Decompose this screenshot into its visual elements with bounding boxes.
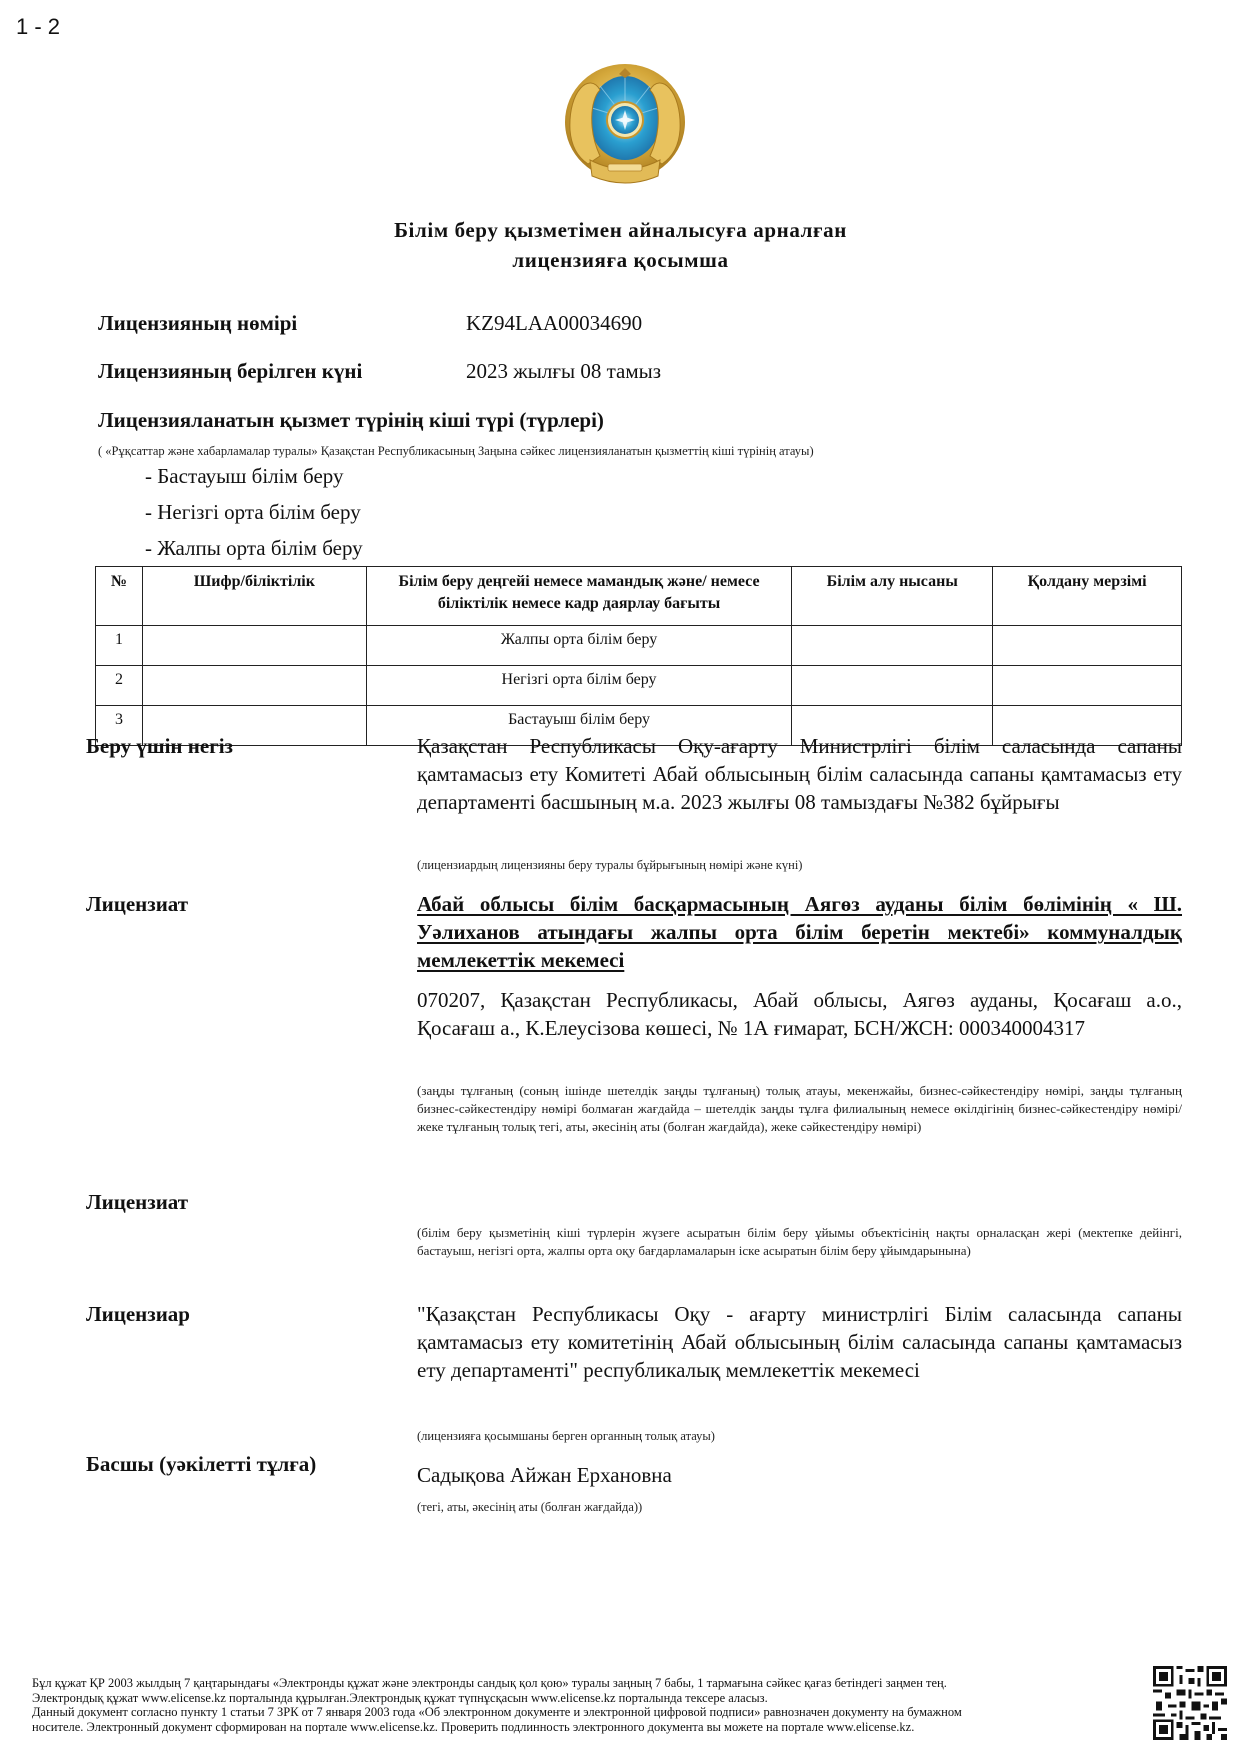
document-title-line-1: Білім беру қызметімен айналысуға арналға… (0, 218, 1241, 243)
column-header-validity: Қолдану мерзімі (993, 567, 1182, 626)
column-header-form: Білім алу нысаны (792, 567, 993, 626)
cell-form (792, 626, 993, 666)
qr-code-icon[interactable] (1153, 1665, 1227, 1741)
license-date-label: Лицензияның берілген күні (98, 359, 362, 384)
subtype-item: - Жалпы орта білім беру (145, 536, 363, 561)
licensee-location-label: Лицензиат (86, 1190, 188, 1215)
license-number-value: KZ94LAA00034690 (466, 311, 642, 336)
licensee-note: (заңды тұлғаның (соның ішінде шетелдік з… (417, 1082, 1182, 1136)
cell-form (792, 666, 993, 706)
table-row: 1 Жалпы орта білім беру (96, 626, 1182, 666)
licensee-name: Абай облысы білім басқармасының Аягөз ау… (417, 890, 1182, 974)
basis-note: (лицензиардың лицензияны беру туралы бұй… (417, 858, 802, 873)
head-label: Басшы (уәкілетті тұлға) (86, 1452, 316, 1477)
table-row: 2 Негізгі орта білім беру (96, 666, 1182, 706)
footer-line: носителе. Электронный документ сформиров… (32, 1720, 1132, 1735)
subtypes-label: Лицензияланатын қызмет түрінің кіші түрі… (98, 408, 604, 433)
basis-value: Қазақстан Республикасы Оқу-ағарту Минист… (417, 732, 1182, 816)
cell-level: Жалпы орта білім беру (366, 626, 792, 666)
page-marker: 1 - 2 (16, 14, 60, 40)
head-note: (тегі, аты, әкесінің аты (болған жағдайд… (417, 1500, 642, 1515)
licensee-label: Лицензиат (86, 892, 188, 917)
subtypes-note: ( «Рұқсаттар және хабарламалар туралы» Қ… (98, 444, 814, 459)
licensor-value: "Қазақстан Республикасы Оқу - ағарту мин… (417, 1300, 1182, 1384)
footer-line: Данный документ согласно пункту 1 статьи… (32, 1705, 1132, 1720)
basis-label: Беру үшін негіз (86, 734, 233, 759)
column-header-code: Шифр/біліктілік (142, 567, 366, 626)
head-value: Садықова Айжан Ерхановна (417, 1463, 672, 1488)
cell-number: 2 (96, 666, 143, 706)
cell-number: 1 (96, 626, 143, 666)
column-header-level: Білім беру деңгейі немесе мамандық және/… (366, 567, 792, 626)
subtype-item: - Негізгі орта білім беру (145, 500, 361, 525)
cell-code (142, 666, 366, 706)
kazakhstan-state-emblem-icon (560, 60, 690, 192)
document-title-line-2: лицензияға қосымша (0, 248, 1241, 273)
licensee-address: 070207, Қазақстан Республикасы, Абай обл… (417, 986, 1182, 1042)
cell-validity (993, 626, 1182, 666)
cell-code (142, 626, 366, 666)
licensor-label: Лицензиар (86, 1302, 190, 1327)
licensee-location-note: (білім беру қызметінің кіші түрлерін жүз… (417, 1224, 1182, 1260)
subtype-item: - Бастауыш білім беру (145, 464, 344, 489)
license-number-label: Лицензияның нөмірі (98, 311, 297, 336)
footer-line: Электрондық құжат www.elicense.kz портал… (32, 1691, 1132, 1706)
table-header-row: № Шифр/біліктілік Білім беру деңгейі нем… (96, 567, 1182, 626)
footer-disclaimer: Бұл құжат ҚР 2003 жылдың 7 қаңтарындағы … (32, 1676, 1132, 1734)
education-programs-table: № Шифр/біліктілік Білім беру деңгейі нем… (95, 566, 1182, 746)
cell-validity (993, 666, 1182, 706)
license-date-value: 2023 жылғы 08 тамыз (466, 359, 661, 384)
cell-level: Негізгі орта білім беру (366, 666, 792, 706)
column-header-number: № (96, 567, 143, 626)
licensor-note: (лицензияға қосымшаны берген органның то… (417, 1429, 715, 1444)
footer-line: Бұл құжат ҚР 2003 жылдың 7 қаңтарындағы … (32, 1676, 1132, 1691)
